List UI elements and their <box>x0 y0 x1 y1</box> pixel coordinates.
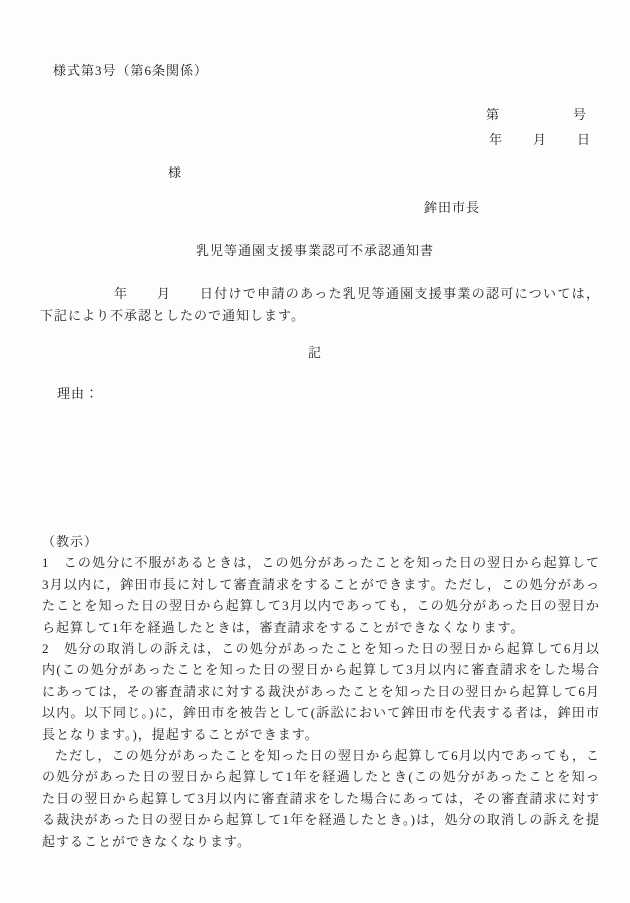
form-number-label: 様式第3号（第6条関係） <box>53 60 208 79</box>
document-title: 乳児等通園支援事業認可不承認通知書 <box>0 240 630 259</box>
date-line: 年 月 日 <box>489 129 590 148</box>
instruction-paragraph-2: 2 処分の取消しの訴えは，この処分があったことを知った日の翌日から起算して6月以… <box>42 638 600 745</box>
addressee-honorific: 様 <box>168 162 182 181</box>
date-year-label: 年 <box>489 129 502 148</box>
instruction-paragraph-1: 1 この処分に不服があるときは，この処分があったことを知った日の翌日から起算して… <box>42 552 600 638</box>
instructions-section: （教示） 1 この処分に不服があるときは，この処分があったことを知った日の翌日か… <box>42 531 600 852</box>
instruction-paragraph-3: ただし，この処分があったことを知った日の翌日から起算して6月以内であっても，この… <box>42 745 600 852</box>
document-number-suffix: 号 <box>573 104 586 123</box>
instructions-heading: （教示） <box>42 531 600 552</box>
document-number-prefix: 第 <box>486 104 499 123</box>
date-month-label: 月 <box>533 129 546 148</box>
body-paragraph: 年 月 日付けで申請のあった乳児等通園支援事業の認可については，下記により不承認… <box>40 283 600 327</box>
notification-document-page: 様式第3号（第6条関係） 第 号 年 月 日 様 鉾田市長 乳児等通園支援事業認… <box>0 0 630 903</box>
issuer-name: 鉾田市長 <box>424 197 480 216</box>
record-heading: 記 <box>0 342 630 361</box>
date-day-label: 日 <box>577 129 590 148</box>
document-number-line: 第 号 <box>486 104 586 123</box>
reason-label: 理由： <box>57 383 99 402</box>
